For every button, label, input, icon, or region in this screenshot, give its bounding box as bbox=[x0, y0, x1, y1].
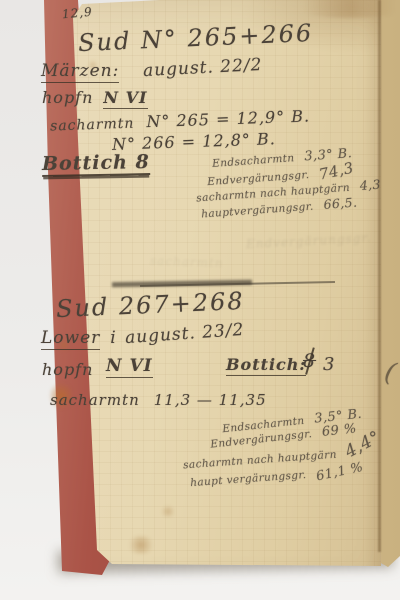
s1-beer-style: Märzen: bbox=[41, 61, 119, 83]
s2-gravity-line: sacharmtn11,3 — 11,35 bbox=[50, 391, 267, 409]
s2-vat-old-number: 8 bbox=[303, 350, 316, 372]
s1-vat: Bottich 8 bbox=[42, 151, 150, 175]
photo-of-notebook: Endvergärungsgr. sacharmtn 12,9 Sud N° 2… bbox=[0, 0, 400, 600]
s2-gravity-label: sacharmtn bbox=[50, 391, 140, 409]
page-crease bbox=[378, 0, 381, 552]
s1-hops-line: hopfnN VI bbox=[42, 88, 148, 107]
ink-bleed-ghost: sacharmtn bbox=[150, 254, 224, 271]
s2-gravity-value: 11,3 — 11,35 bbox=[154, 391, 267, 409]
s2-vat-new-number: 3 bbox=[323, 354, 335, 375]
stain bbox=[126, 536, 156, 554]
s1-gravity-label: sacharmtn bbox=[50, 116, 135, 135]
page-corner-note: 12,9 bbox=[61, 5, 93, 22]
s1-style-line: Märzen:august. 22/2 bbox=[41, 61, 263, 81]
result-value: 4,3 bbox=[359, 177, 381, 193]
s1-hops-number: N VI bbox=[103, 88, 147, 109]
s1-hops-label: hopfn bbox=[42, 88, 93, 107]
s2-vat-label: Bottich: bbox=[226, 355, 306, 374]
s2-hops-number-text: N VI bbox=[106, 356, 153, 378]
s2-beer-style: Lower bbox=[41, 328, 100, 350]
s2-vat-label-text: Bottich: bbox=[226, 355, 306, 376]
s2-style-line: Loweriaugust. 23/2 bbox=[41, 328, 244, 348]
result-value: 66,5. bbox=[323, 195, 358, 212]
s2-hops-label: hopfn bbox=[42, 360, 93, 379]
s2-hops-number: N VI bbox=[106, 356, 153, 376]
stain bbox=[160, 506, 176, 517]
s2-style-separator: i bbox=[110, 328, 116, 348]
s1-vat-text: Bottich 8 bbox=[42, 151, 150, 177]
